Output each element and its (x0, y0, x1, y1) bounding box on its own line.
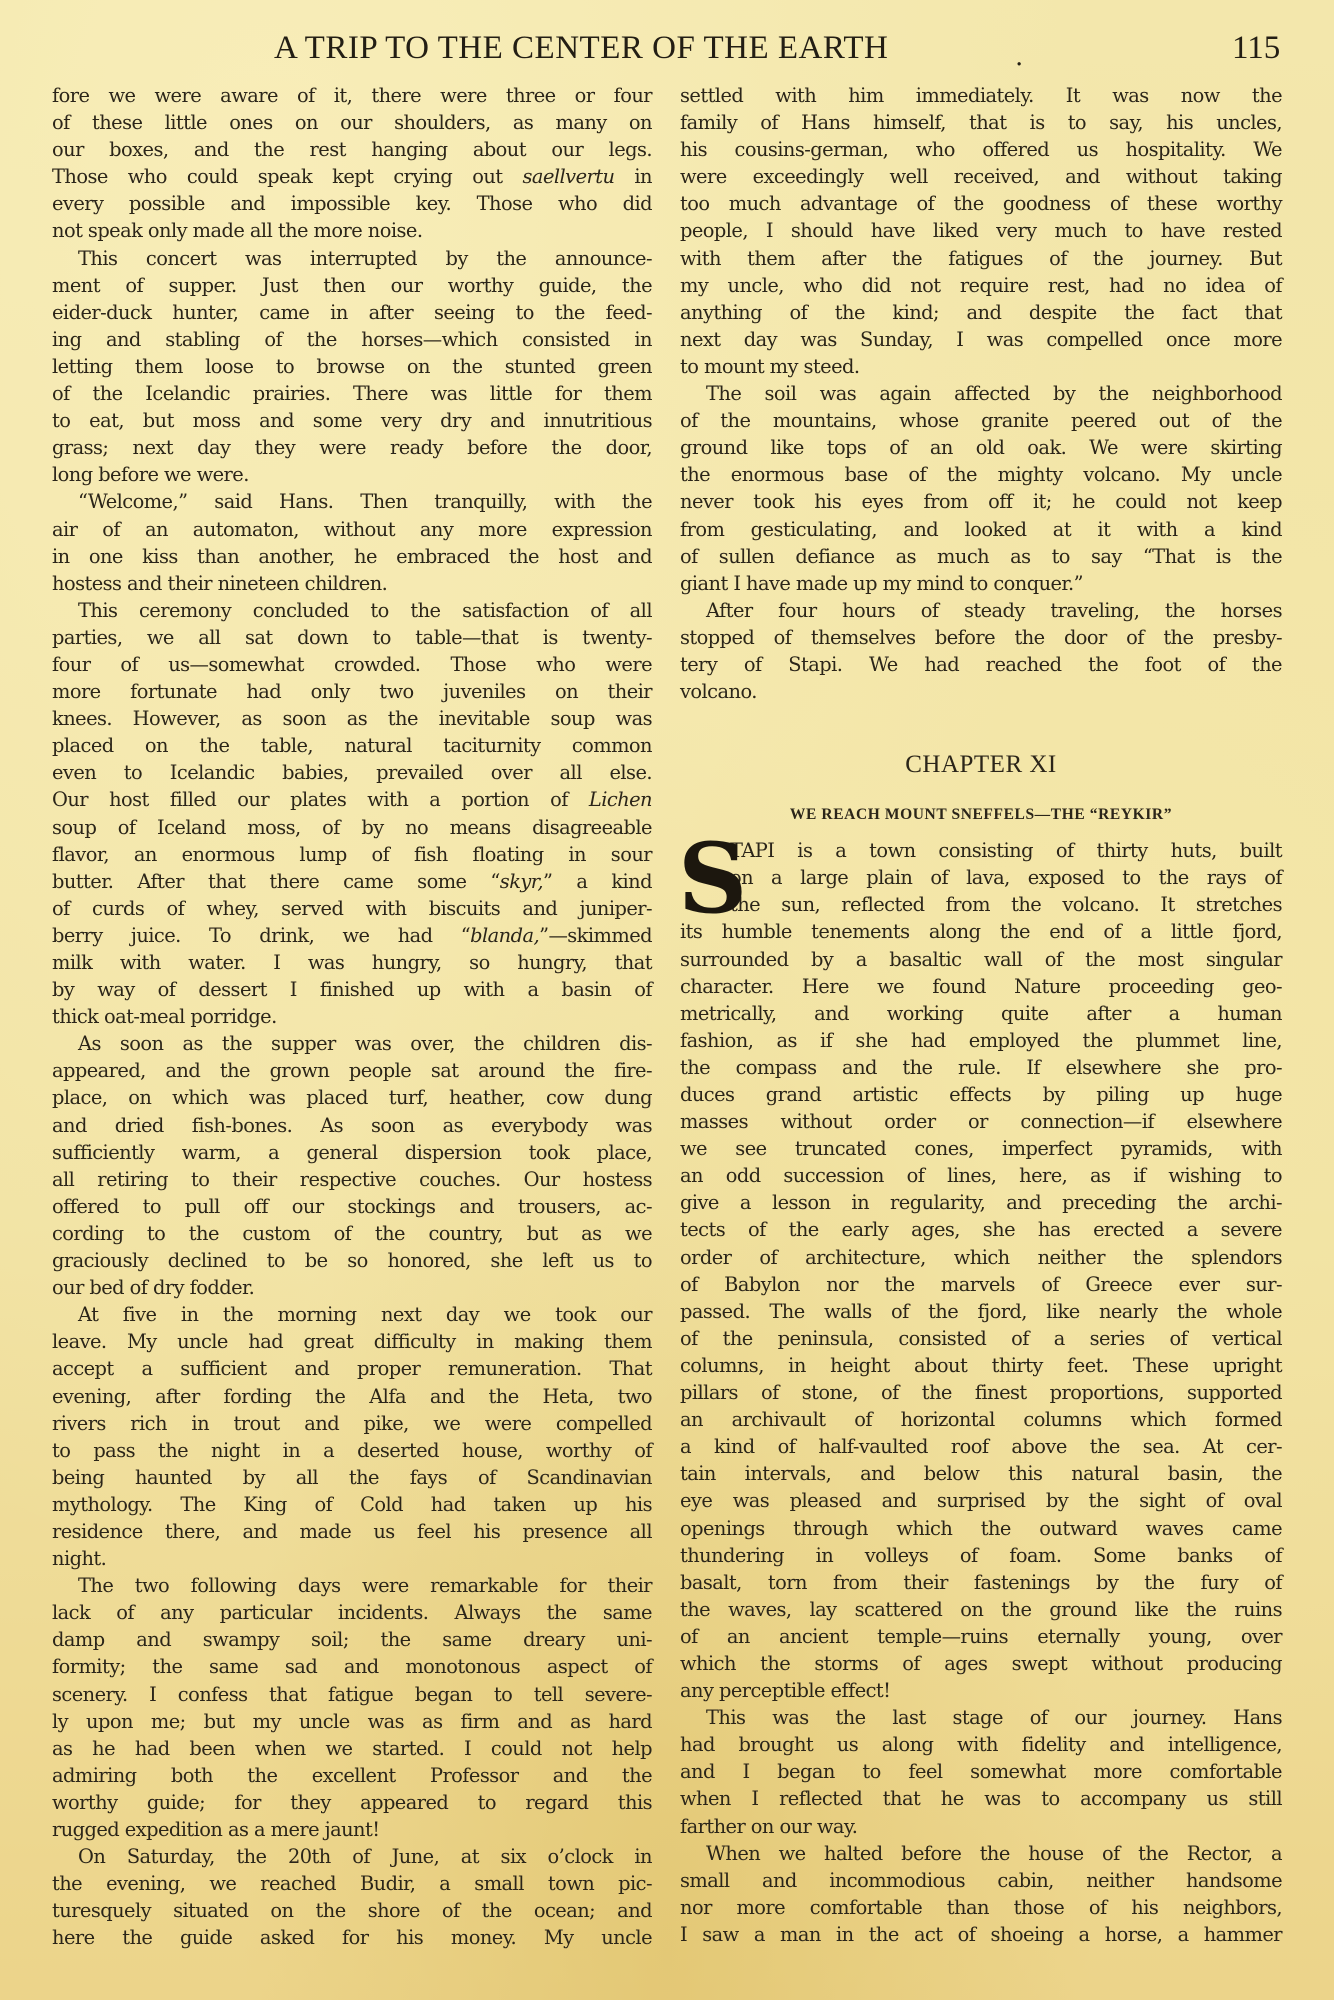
text-line: pillars of stone, of the finest proporti… (680, 1379, 1282, 1406)
header-ornament: . (1015, 42, 1023, 72)
text-line: scenery. I confess that fatigue began to… (52, 1681, 652, 1708)
text-line: thundering in volleys of foam. Some bank… (680, 1542, 1282, 1569)
text-line: soup of Iceland moss, of by no means dis… (52, 814, 652, 841)
text-line: from gesticulating, and looked at it wit… (680, 516, 1282, 543)
text-line: to pass the night in a deserted house, w… (52, 1437, 652, 1464)
text-line: passed. The walls of the fjord, like nea… (680, 1298, 1282, 1325)
text-line: tects of the early ages, she has erected… (680, 1216, 1282, 1243)
text-line: I saw a man in the act of shoeing a hors… (680, 1921, 1282, 1948)
text-line: ing and stabling of the horses—which con… (52, 326, 652, 353)
text-line: nor more comfortable than those of his n… (680, 1894, 1282, 1921)
text-line: its humble tenements along the end of a … (680, 918, 1282, 945)
text-line: our boxes, and the rest hanging about ou… (52, 136, 652, 163)
text-line: mythology. The King of Cold had taken up… (52, 1491, 652, 1518)
text-line: of the peninsula, consisted of a series … (680, 1325, 1282, 1352)
text-line: people, I should have liked very much to… (680, 217, 1282, 244)
text-line: of an ancient temple—ruins eternally you… (680, 1623, 1282, 1650)
text-line: admiring both the excellent Professor an… (52, 1762, 652, 1789)
page-number: 115 (1232, 30, 1280, 67)
text-line: eye was pleased and surprised by the sig… (680, 1487, 1282, 1514)
text-line: as he had been when we started. I could … (52, 1735, 652, 1762)
text-line: place, on which was placed turf, heather… (52, 1084, 652, 1111)
text-line: Our host filled our plates with a portio… (52, 786, 652, 813)
text-line: This ceremony concluded to the satisfact… (52, 597, 652, 624)
text-line: of Babylon nor the marvels of Greece eve… (680, 1271, 1282, 1298)
text-line: stopped of themselves before the door of… (680, 624, 1282, 651)
chapter-title: CHAPTER XI (680, 751, 1282, 779)
text-line: too much advantage of the goodness of th… (680, 190, 1282, 217)
text-line: parties, we all sat down to table—that i… (52, 624, 652, 651)
text-line: to eat, but moss and some very dry and i… (52, 407, 652, 434)
text-line: his cousins-german, who offered us hospi… (680, 136, 1282, 163)
text-line: butter. After that there came some “skyr… (52, 868, 652, 895)
text-line: knees. However, as soon as the inevitabl… (52, 705, 652, 732)
text-line: long before we were. (52, 461, 652, 488)
text-line: masses without order or connection—if el… (680, 1108, 1282, 1135)
text-line: an archivault of horizontal columns whic… (680, 1406, 1282, 1433)
text-line: give a lesson in regularity, and precedi… (680, 1189, 1282, 1216)
text-line: berry juice. To drink, we had “blanda,”—… (52, 922, 652, 949)
text-line: we see truncated cones, imperfect pyrami… (680, 1135, 1282, 1162)
text-line: cording to the custom of the country, bu… (52, 1220, 652, 1247)
text-line: After four hours of steady traveling, th… (680, 597, 1282, 624)
text-line: rivers rich in trout and pike, we were c… (52, 1410, 652, 1437)
text-line: thick oat-meal porridge. (52, 1003, 652, 1030)
text-line: leave. My uncle had great difficulty in … (52, 1328, 652, 1355)
text-line: four of us—somewhat crowded. Those who w… (52, 651, 652, 678)
text-line: the enormous base of the mighty volcano.… (680, 461, 1282, 488)
text-line: order of architecture, which neither the… (680, 1244, 1282, 1271)
text-line: flavor, an enormous lump of fish floatin… (52, 841, 652, 868)
text-line: by way of dessert I finished up with a b… (52, 976, 652, 1003)
text-line: the waves, lay scattered on the ground l… (680, 1596, 1282, 1623)
text-line: next day was Sunday, I was compelled onc… (680, 326, 1282, 353)
text-line: the sun, reflected from the volcano. It … (680, 891, 1282, 918)
text-line: placed on the table, natural taciturnity… (52, 732, 652, 759)
text-line: being haunted by all the fays of Scandin… (52, 1464, 652, 1491)
text-line: farther on our way. (680, 1813, 1282, 1840)
text-line: columns, in height about thirty feet. Th… (680, 1352, 1282, 1379)
text-line: here the guide asked for his money. My u… (52, 1924, 652, 1951)
text-line: Those who could speak kept crying out sa… (52, 163, 652, 190)
text-line: with them after the fatigues of the jour… (680, 245, 1282, 272)
text-line: metrically, and working quite after a hu… (680, 1000, 1282, 1027)
text-line: which the storms of ages swept without p… (680, 1650, 1282, 1677)
text-line: The two following days were remarkable f… (52, 1572, 652, 1599)
text-line: night. (52, 1545, 652, 1572)
text-line: basalt, torn from their fastenings by th… (680, 1569, 1282, 1596)
text-line: character. Here we found Nature proceedi… (680, 973, 1282, 1000)
text-line: accept a sufficient and proper remunerat… (52, 1355, 652, 1382)
text-line: of these little ones on our shoulders, a… (52, 109, 652, 136)
text-line: milk with water. I was hungry, so hungry… (52, 949, 652, 976)
text-line: of the Icelandic prairies. There was lit… (52, 380, 652, 407)
text-line: appeared, and the grown people sat aroun… (52, 1057, 652, 1084)
text-line: On Saturday, the 20th of June, at six o’… (52, 1843, 652, 1870)
text-line: anything of the kind; and despite the fa… (680, 299, 1282, 326)
chapter-subtitle: WE REACH MOUNT SNEFFELS—THE “REYKIR” (680, 801, 1282, 823)
text-line: had brought us along with fidelity and i… (680, 1731, 1282, 1758)
text-line: more fortunate had only two juveniles on… (52, 678, 652, 705)
text-line: the compass and the rule. If elsewhere s… (680, 1054, 1282, 1081)
text-line: our bed of dry fodder. (52, 1274, 652, 1301)
text-line: ment of supper. Just then our worthy gui… (52, 272, 652, 299)
text-line: eider-duck hunter, came in after seeing … (52, 299, 652, 326)
text-line: The soil was again affected by the neigh… (680, 380, 1282, 407)
chapter-body: its humble tenements along the end of a … (680, 918, 1282, 1948)
text-line: any perceptible effect! (680, 1677, 1282, 1704)
text-line: graciously declined to be so honored, sh… (52, 1247, 652, 1274)
text-line: not speak only made all the more noise. (52, 217, 652, 244)
text-line: every possible and impossible key. Those… (52, 190, 652, 217)
text-line: rugged expedition as a mere jaunt! (52, 1816, 652, 1843)
text-line: letting them loose to browse on the stun… (52, 353, 652, 380)
text-line: a kind of half-vaulted roof above the se… (680, 1433, 1282, 1460)
text-line: family of Hans himself, that is to say, … (680, 109, 1282, 136)
text-line: sufficiently warm, a general dispersion … (52, 1139, 652, 1166)
text-line: an odd succession of lines, here, as if … (680, 1162, 1282, 1189)
text-line: When we halted before the house of the R… (680, 1840, 1282, 1867)
running-title: A TRIP TO THE CENTER OF THE EARTH (274, 30, 888, 67)
drop-cap: S (678, 839, 747, 919)
right-column-continuation: settled with him immediately. It was now… (680, 82, 1282, 705)
text-line: and dried fish-bones. As soon as everybo… (52, 1112, 652, 1139)
text-line: duces grand artistic effects by piling u… (680, 1081, 1282, 1108)
text-line: TAPI is a town consisting of thirty huts… (680, 837, 1282, 864)
text-line: giant I have made up my mind to conquer.… (680, 570, 1282, 597)
text-line: all retiring to their respective couches… (52, 1166, 652, 1193)
text-line: This concert was interrupted by the anno… (52, 245, 652, 272)
text-line: even to Icelandic babies, prevailed over… (52, 759, 652, 786)
page-header: A TRIP TO THE CENTER OF THE EARTH . 115 (0, 26, 1334, 72)
text-line: tery of Stapi. We had reached the foot o… (680, 651, 1282, 678)
text-line: hostess and their nineteen children. (52, 570, 652, 597)
text-line: when I reflected that he was to accompan… (680, 1785, 1282, 1812)
text-line: and I began to feel somewhat more comfor… (680, 1758, 1282, 1785)
text-line: of sullen defiance as much as to say “Th… (680, 543, 1282, 570)
text-line: to mount my steed. (680, 353, 1282, 380)
text-line: openings through which the outward waves… (680, 1515, 1282, 1542)
text-line: residence there, and made us feel his pr… (52, 1518, 652, 1545)
text-line: formity; the same sad and monotonous asp… (52, 1653, 652, 1680)
text-line: volcano. (680, 678, 1282, 705)
text-line: the evening, we reached Budir, a small t… (52, 1870, 652, 1897)
text-line: of curds of whey, served with biscuits a… (52, 895, 652, 922)
text-line: ly upon me; but my uncle was as firm and… (52, 1708, 652, 1735)
text-line: ground like tops of an old oak. We were … (680, 434, 1282, 461)
left-text-column: fore we were aware of it, there were thr… (52, 82, 652, 1951)
text-line: settled with him immediately. It was now… (680, 82, 1282, 109)
text-line: grass; next day they were ready before t… (52, 434, 652, 461)
text-line: were exceedingly well received, and with… (680, 163, 1282, 190)
text-line: This was the last stage of our journey. … (680, 1704, 1282, 1731)
text-line: “Welcome,” said Hans. Then tranquilly, w… (52, 488, 652, 515)
text-line: turesquely situated on the shore of the … (52, 1897, 652, 1924)
text-line: small and incommodious cabin, neither ha… (680, 1867, 1282, 1894)
text-line: lack of any particular incidents. Always… (52, 1599, 652, 1626)
text-line: tain intervals, and below this natural b… (680, 1460, 1282, 1487)
text-line: fashion, as if she had employed the plum… (680, 1027, 1282, 1054)
text-line: in one kiss than another, he embraced th… (52, 543, 652, 570)
text-line: At five in the morning next day we took … (52, 1301, 652, 1328)
text-line: my uncle, who did not require rest, had … (680, 272, 1282, 299)
text-line: evening, after fording the Alfa and the … (52, 1383, 652, 1410)
text-line: never took his eyes from off it; he coul… (680, 488, 1282, 515)
text-line: worthy guide; for they appeared to regar… (52, 1789, 652, 1816)
text-line: offered to pull off our stockings and tr… (52, 1193, 652, 1220)
chapter-opening: S TAPI is a town consisting of thirty hu… (680, 837, 1282, 918)
text-line: of the mountains, whose granite peered o… (680, 407, 1282, 434)
text-line: damp and swampy soil; the same dreary un… (52, 1626, 652, 1653)
text-line: As soon as the supper was over, the chil… (52, 1030, 652, 1057)
text-line: surrounded by a basaltic wall of the mos… (680, 946, 1282, 973)
text-line: fore we were aware of it, there were thr… (52, 82, 652, 109)
text-line: air of an automaton, without any more ex… (52, 516, 652, 543)
text-line: on a large plain of lava, exposed to the… (680, 864, 1282, 891)
right-text-column: settled with him immediately. It was now… (680, 82, 1282, 1948)
